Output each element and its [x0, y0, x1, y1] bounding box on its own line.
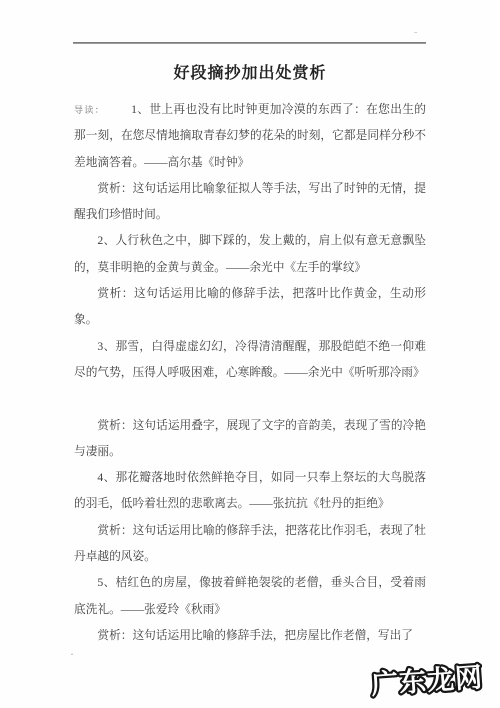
header-rule: [73, 42, 426, 44]
stray-artifact-bottom-left: ·: [70, 648, 74, 660]
excerpt-paragraph: 5、桔红色的房屋，像披着鲜艳袈裟的老僧，垂头合目，受着雨底洗礼。——张爱玲《秋雨…: [74, 570, 426, 623]
watermark: 广东龙网: [352, 650, 500, 708]
excerpt-paragraph: 4、那花瓣落地时依然鲜艳夺目，如同一只奉上祭坛的大鸟脱落的羽毛，低吟着壮烈的悲歌…: [74, 465, 426, 518]
lead-label: 导读：: [74, 105, 105, 115]
watermark-text: 广东龙网: [370, 662, 484, 701]
stray-artifact-top-right: -: [414, 28, 417, 38]
excerpt-paragraph: 2、人行秋色之中，脚下踩的，发上戴的，肩上似有意无意飘坠的，莫非明艳的金黄与黄金…: [74, 228, 426, 281]
analysis-paragraph: 赏析：这句话运用比喻象征拟人等手法，写出了时钟的无情，提醒我们珍惜时间。: [74, 176, 426, 229]
analysis-paragraph: 赏析：这句话运用比喻的修辞手法，把落花比作羽毛，表现了牡丹卓越的风姿。: [74, 518, 426, 571]
excerpt-paragraph: 导读：1、世上再也没有比时钟更加冷漠的东西了：在您出生的那一刻，在您尽情地摘取青…: [74, 97, 426, 176]
document-page: - 好段摘抄加出处赏析 导读：1、世上再也没有比时钟更加冷漠的东西了：在您出生的…: [0, 0, 500, 708]
document-body: 导读：1、世上再也没有比时钟更加冷漠的东西了：在您出生的那一刻，在您尽情地摘取青…: [74, 97, 426, 649]
analysis-paragraph: 赏析：这句话运用比喻的修辞手法，把落叶比作黄金，生动形象。: [74, 281, 426, 334]
analysis-paragraph: 赏析：这句话运用叠字，展现了文字的音韵美，表现了雪的冷艳与凄丽。: [74, 413, 426, 466]
excerpt-paragraph: 3、那雪，白得虚虚幻幻，冷得清清醒醒，那股皑皑不绝一仰难尽的气势，压得人呼吸困难…: [74, 334, 426, 387]
page-title: 好段摘抄加出处赏析: [74, 60, 426, 83]
analysis-paragraph: 赏析：这句话运用比喻的修辞手法，把房屋比作老僧，写出了: [74, 623, 426, 649]
